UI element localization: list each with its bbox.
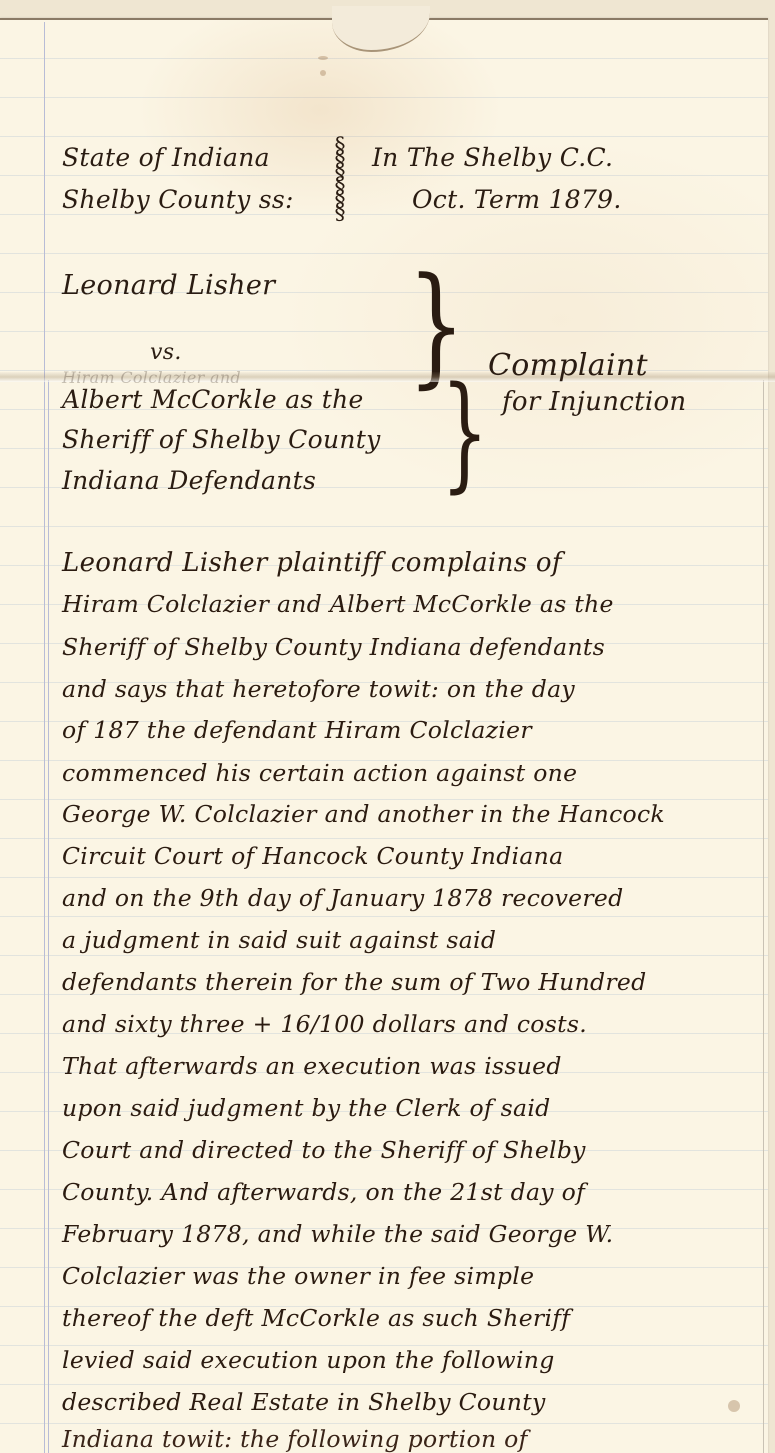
defendant-line-1: Albert McCorkle as the bbox=[62, 385, 364, 414]
paper-stain bbox=[318, 56, 328, 60]
body-line-22: Indiana towit: the following portion of bbox=[62, 1425, 528, 1453]
body-line-4: and says that heretofore towit: on the d… bbox=[62, 675, 575, 703]
plaintiff-name: Leonard Lisher bbox=[62, 270, 275, 301]
body-line-11: defendants therein for the sum of Two Hu… bbox=[62, 968, 646, 996]
body-line-16: County. And afterwards, on the 21st day … bbox=[62, 1178, 585, 1206]
defendant-line-2: Sheriff of Shelby County bbox=[62, 425, 381, 454]
body-line-20: levied said execution upon the following bbox=[62, 1346, 555, 1374]
document-subtitle: for Injunction bbox=[502, 387, 686, 417]
body-line-9: and on the 9th day of January 1878 recov… bbox=[62, 884, 623, 912]
body-line-17: February 1878, and while the said George… bbox=[62, 1220, 613, 1248]
court-name: In The Shelby C.C. bbox=[372, 143, 613, 172]
body-line-21: described Real Estate in Shelby County bbox=[62, 1388, 546, 1416]
defendants-brace-icon: } bbox=[441, 370, 489, 495]
court-term: Oct. Term 1879. bbox=[412, 185, 622, 214]
document-title: Complaint bbox=[488, 348, 648, 383]
body-line-1: Leonard Lisher plaintiff complains of bbox=[62, 548, 562, 578]
right-page-edge bbox=[763, 380, 764, 1453]
body-line-2: Hiram Colclazier and Albert McCorkle as … bbox=[62, 590, 614, 618]
venue-state: State of Indiana bbox=[62, 143, 270, 172]
body-line-18: Colclazier was the owner in fee simple bbox=[62, 1262, 534, 1290]
venue-county: Shelby County ss: bbox=[62, 185, 294, 214]
body-line-13: That afterwards an execution was issued bbox=[62, 1052, 562, 1080]
ink-blot bbox=[728, 1400, 740, 1412]
body-line-14: upon said judgment by the Clerk of said bbox=[62, 1094, 551, 1122]
body-line-12: and sixty three + 16/100 dollars and cos… bbox=[62, 1010, 587, 1038]
body-line-5: of 187 the defendant Hiram Colclazier bbox=[62, 716, 532, 744]
left-margin-rule bbox=[44, 22, 45, 1453]
defendant-line-3: Indiana Defendants bbox=[62, 466, 316, 495]
caption-brace-icon: §§§§§§ bbox=[330, 140, 350, 219]
left-margin-rule-lower bbox=[48, 380, 49, 1453]
versus-label: vs. bbox=[150, 340, 182, 365]
body-line-19: thereof the deft McCorkle as such Sherif… bbox=[62, 1304, 570, 1332]
body-line-15: Court and directed to the Sheriff of She… bbox=[62, 1136, 586, 1164]
paper-stain bbox=[320, 70, 326, 76]
body-line-10: a judgment in said suit against said bbox=[62, 926, 496, 954]
body-line-7: George W. Colclazier and another in the … bbox=[62, 800, 665, 828]
body-line-8: Circuit Court of Hancock County Indiana bbox=[62, 842, 563, 870]
body-line-6: commenced his certain action against one bbox=[62, 759, 577, 787]
body-line-3: Sheriff of Shelby County Indiana defenda… bbox=[62, 633, 605, 661]
